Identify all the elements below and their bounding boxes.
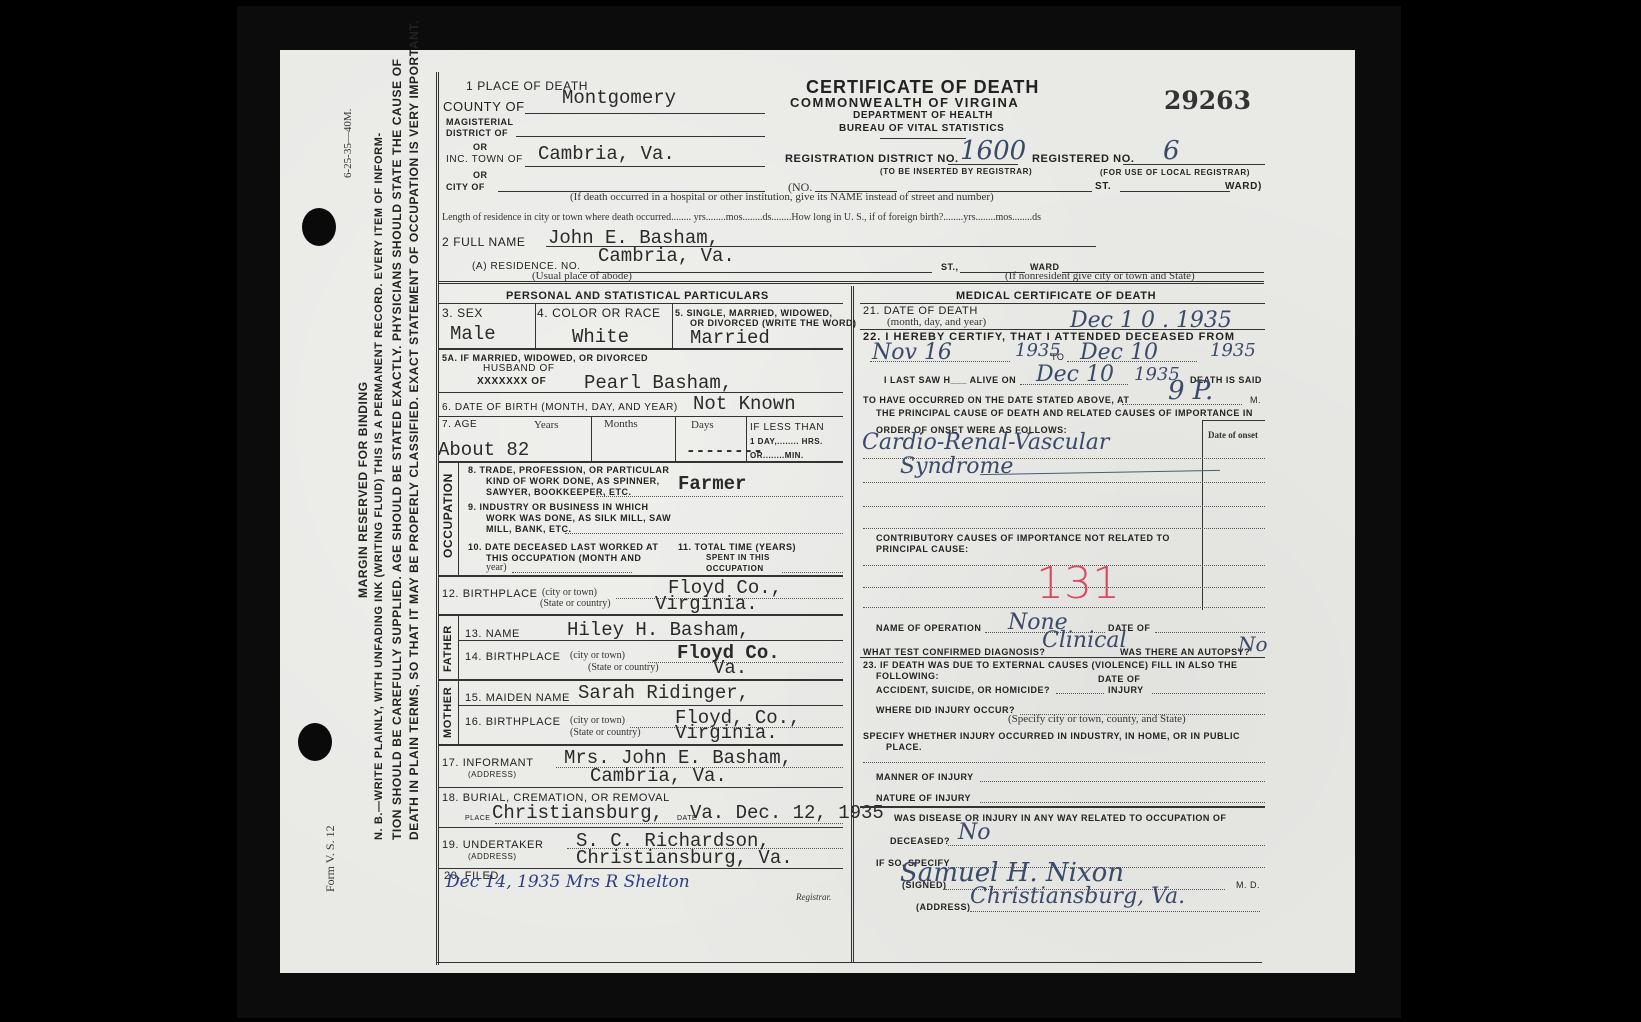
marital-label-1: 5. SINGLE, MARRIED, WIDOWED, — [675, 308, 833, 318]
row-rule-9 — [438, 787, 843, 788]
district-label: DISTRICT OF — [446, 128, 508, 138]
time-value: 9 P. — [1168, 376, 1213, 406]
totaltime-line — [782, 572, 843, 573]
county-line — [525, 113, 765, 114]
occupation-side-label: OCCUPATION — [441, 473, 455, 558]
sex-value: Male — [450, 323, 496, 345]
sex-label: 3. SEX — [442, 306, 483, 320]
father-name-line — [458, 640, 843, 641]
last-saw-label: I LAST SAW H___ ALIVE ON — [884, 375, 1016, 385]
race-value: White — [572, 326, 629, 348]
mother-bp-state-note: (State or country) — [570, 727, 641, 738]
occurred-label: TO HAVE OCCURRED ON THE DATE STATED ABOV… — [863, 395, 1129, 405]
industry-label-3: MILL, BANK, ETC. — [486, 524, 572, 534]
accident-label: ACCIDENT, SUICIDE, OR HOMICIDE? — [876, 685, 1050, 695]
margin-note: MARGIN RESERVED FOR BINDING — [356, 381, 370, 598]
date-of-death-note: (month, day, and year) — [887, 316, 986, 328]
father-bp-city-note: (city or town) — [570, 650, 625, 661]
row-rule-1 — [438, 348, 843, 350]
md-label: M. D. — [1236, 880, 1260, 890]
trade-label-1: 8. TRADE, PROFESSION, OR PARTICULAR — [468, 465, 669, 475]
onset-divider — [1202, 420, 1203, 610]
row-rule-6 — [438, 614, 843, 616]
row-rule-4 — [438, 461, 843, 463]
dob-label: 6. DATE OF BIRTH (month, day, and year) — [442, 402, 678, 413]
father-bp-state: Va. — [713, 657, 747, 679]
cause-line-2-value: Syndrome — [900, 454, 1013, 479]
form-number: Form V. S. 12 — [323, 825, 338, 892]
header-rule — [880, 138, 966, 139]
date-onset-label: Date of onset — [1208, 430, 1258, 440]
burial-date: Va. Dec. 12, 1935 — [690, 802, 884, 824]
specify-label-1: SPECIFY WHETHER INJURY OCCURRED IN INDUS… — [863, 731, 1240, 741]
injury-line — [1152, 693, 1265, 694]
months-divider — [675, 417, 676, 461]
registrar-label: Registrar. — [796, 892, 831, 902]
section-divider — [438, 281, 1264, 284]
district-line — [516, 136, 765, 137]
father-divider — [458, 616, 459, 679]
undertaker-address: Christiansburg, Va. — [576, 847, 793, 869]
city-label: CITY OF — [446, 182, 485, 192]
totaltime-label-2: SPENT IN THIS — [706, 553, 770, 562]
county-value: Montgomery — [562, 87, 676, 109]
death-certificate: 6-25-35—40M. Form V. S. 12 MARGIN RESERV… — [280, 50, 1355, 973]
birthplace-city-note: (city or town) — [542, 587, 597, 598]
lastworked-label-1: 10. DATE DECEASED LAST WORKED AT — [468, 542, 658, 552]
operation-label: NAME OF OPERATION — [876, 623, 981, 633]
accident-line — [1056, 693, 1104, 694]
medical-row-1 — [860, 329, 1265, 330]
row-rule-7 — [438, 679, 843, 681]
town-line — [525, 166, 765, 167]
hospital-note: (If death occurred in a hospital or othe… — [570, 191, 994, 203]
informant-address-label: (ADDRESS) — [468, 770, 517, 779]
row-rule-11 — [438, 868, 843, 869]
birthplace-label: 12. BIRTHPLACE — [442, 588, 538, 600]
father-bp-label: 14. BIRTHPLACE — [465, 651, 561, 663]
instructions-line-3: DEATH IN PLAIN TERMS, SO THAT IT MAY BE … — [407, 20, 421, 840]
column-divider — [851, 286, 854, 962]
industry-label-2: WORK WAS DONE, AS SILK MILL, SAW — [486, 513, 671, 523]
days-label: Days — [691, 419, 714, 431]
to-label: TO — [1051, 352, 1064, 362]
father-name-label: 13. NAME — [465, 628, 520, 640]
less-than-1: IF LESS THAN — [750, 422, 824, 433]
father-side-label: FATHER — [442, 625, 454, 672]
external-label-1: 23. IF DEATH WAS DUE TO EXTERNAL CAUSES … — [863, 660, 1238, 670]
totaltime-label-3: OCCUPATION — [706, 564, 764, 573]
nature-line — [980, 802, 1265, 803]
last-saw-value: Dec 10 — [1036, 362, 1114, 387]
left-border — [436, 72, 439, 965]
deceased-label: DECEASED? — [890, 836, 950, 846]
occupation-divider — [458, 463, 459, 575]
totaltime-label-1: 11. TOTAL TIME (YEARS) — [678, 542, 796, 552]
m-label: M. — [1250, 395, 1261, 405]
months-label: Months — [604, 418, 638, 430]
deceased-value: No — [958, 820, 991, 845]
cause-line-4 — [863, 528, 1265, 529]
where-note: (Specify city or town, county, and State… — [1008, 713, 1186, 725]
attended-from: Nov 16 — [872, 340, 952, 365]
red-coding-mark: 131 — [1036, 558, 1120, 609]
mother-bp-label: 16. BIRTHPLACE — [465, 716, 561, 728]
physician-address-line — [970, 911, 1260, 912]
dob-value: Not Known — [693, 393, 796, 415]
registered-no-line — [1123, 164, 1265, 165]
full-name-label: 2 FULL NAME — [442, 235, 526, 249]
birthplace-state-note: (State or country) — [540, 598, 611, 609]
specify-line — [863, 762, 1265, 763]
deceased-line — [948, 845, 1265, 846]
manner-label: MANNER OF INJURY — [876, 772, 974, 782]
age-label: 7. AGE — [442, 419, 477, 430]
or-2: OR — [473, 170, 488, 180]
where-label: WHERE DID INJURY OCCUR? — [876, 705, 1015, 715]
cause-underline-stroke — [980, 470, 1220, 475]
physician-address-value: Christiansburg, Va. — [970, 884, 1185, 909]
race-divider — [672, 304, 673, 348]
marital-value: Married — [690, 327, 770, 349]
spouse-label-3: XXXXXXX OF — [477, 376, 546, 387]
residence-value: Cambria, Va. — [598, 245, 735, 267]
medical-row-occ — [860, 806, 1265, 808]
punch-hole-top — [302, 208, 336, 246]
personal-rule — [438, 303, 843, 304]
occupation-related-label: WAS DISEASE OR INJURY IN ANY WAY RELATED… — [894, 813, 1226, 823]
industry-label-1: 9. INDUSTRY OR BUSINESS IN WHICH — [468, 502, 649, 512]
injury-label: INJURY — [1108, 685, 1144, 695]
lastworked-line — [512, 572, 632, 573]
medical-rule — [860, 303, 1265, 304]
certificate-number: 29263 — [1164, 86, 1251, 115]
informant-address: Cambria, Va. — [590, 765, 727, 787]
print-code: 6-25-35—40M. — [342, 109, 354, 178]
undertaker-label: 19. UNDERTAKER — [442, 839, 544, 851]
spouse-value: Pearl Basham, — [584, 372, 732, 394]
burial-place-label: PLACE — [465, 815, 490, 822]
specify-label-2: PLACE. — [886, 742, 922, 752]
town-label: INC. TOWN OF — [446, 154, 523, 165]
registered-no-label: REGISTERED NO. — [1032, 153, 1135, 165]
or-1: OR — [473, 142, 488, 152]
mother-name-value: Sarah Ridinger, — [578, 682, 749, 704]
cause-line-1-value: Cardio-Renal-Vascular — [862, 430, 1109, 455]
mother-bp-state: Virginia. — [675, 722, 778, 744]
ward-line — [1120, 191, 1230, 192]
certificate-subtitle: COMMONWEALTH OF VIRGINA — [790, 95, 1019, 110]
instructions-line-2: TION SHOULD BE CAREFULLY SUPPLIED. AGE S… — [390, 58, 404, 840]
st-label: ST. — [1095, 181, 1111, 192]
row-rule-8 — [438, 744, 843, 746]
ward-label: WARD) — [1225, 181, 1262, 192]
department: DEPARTMENT OF HEALTH — [853, 110, 993, 121]
reg-district-value: 1600 — [960, 136, 1026, 166]
external-label-2: FOLLOWING: — [876, 671, 939, 681]
filed-value: Dec 14, 1935 Mrs R Shelton — [446, 872, 690, 892]
st-label-2: ST., — [941, 262, 959, 272]
mother-divider — [458, 681, 459, 744]
age-days-value: -------- — [686, 442, 763, 460]
autopsy-value: No — [1238, 632, 1268, 656]
medical-row-23 — [860, 657, 1265, 658]
reg-district-label: REGISTRATION DISTRICT NO. — [785, 153, 959, 165]
sex-divider — [535, 304, 536, 348]
trade-label-2: KIND OF WORK DONE, AS SPINNER, — [486, 476, 660, 486]
row-rule-3 — [438, 416, 843, 417]
manner-line — [980, 781, 1265, 782]
age-value: About 82 — [438, 439, 529, 461]
undertaker-address-label: (ADDRESS) — [468, 852, 517, 861]
father-bp-state-note: (State or country) — [588, 662, 659, 673]
father-name-value: Hiley H. Basham, — [567, 619, 749, 641]
years-divider — [591, 417, 592, 461]
contributory-label-1: CONTRIBUTORY CAUSES OF IMPORTANCE NOT RE… — [876, 533, 1170, 543]
cause-line-2 — [863, 482, 1265, 483]
residence-line — [580, 272, 932, 273]
row-rule-10 — [438, 827, 843, 828]
bureau: BUREAU OF VITAL STATISTICS — [839, 123, 1004, 134]
race-label: 4. COLOR OR RACE — [537, 306, 661, 320]
lastworked-label-2: THIS OCCUPATION (month and — [486, 553, 641, 563]
personal-section-title: PERSONAL AND STATISTICAL PARTICULARS — [506, 290, 769, 302]
bottom-border — [436, 962, 1262, 963]
trade-line — [596, 496, 843, 497]
punch-hole-bottom — [298, 723, 332, 761]
burial-place: Christiansburg, — [492, 802, 663, 824]
date-of-injury-label: DATE OF — [1098, 674, 1140, 684]
industry-line — [565, 533, 843, 534]
informant-label: 17. INFORMANT — [442, 757, 534, 769]
spouse-label-1: 5A. IF MARRIED, WIDOWED, OR DIVORCED — [442, 353, 648, 363]
test-value: Clinical — [1042, 628, 1127, 653]
registered-no-note: (FOR USE OF LOCAL REGISTRAR) — [1100, 168, 1250, 177]
magisterial-label: MAGISTERIAL — [446, 117, 514, 127]
years-label: Years — [534, 419, 559, 431]
residence-length: Length of residence in city or town wher… — [442, 212, 1041, 223]
trade-value: Farmer — [678, 473, 746, 495]
cause-line-3 — [863, 506, 1265, 507]
reg-district-note: (TO BE INSERTED BY REGISTRAR) — [880, 167, 1032, 176]
test-label: WHAT TEST CONFIRMED DIAGNOSIS? — [863, 647, 1045, 657]
cause-label-1: THE PRINCIPAL CAUSE OF DEATH AND RELATED… — [876, 408, 1253, 418]
row-rule-5 — [438, 575, 843, 577]
lastworked-label-3: year) — [486, 562, 507, 573]
mother-name-label: 15. MAIDEN NAME — [465, 692, 570, 704]
autopsy-label: WAS THERE AN AUTOPSY? — [1120, 647, 1250, 657]
mother-bp-city-note: (city or town) — [570, 715, 625, 726]
medical-section-title: MEDICAL CERTIFICATE OF DEATH — [956, 290, 1156, 302]
town-value: Cambria, Va. — [538, 143, 675, 165]
physician-address-label: (ADDRESS) — [916, 902, 971, 912]
registered-no-value: 6 — [1163, 136, 1180, 166]
instructions-line-1: N. B.—WRITE PLAINLY, WITH UNFADING INK (… — [373, 132, 385, 840]
mother-side-label: MOTHER — [442, 687, 454, 738]
nature-label: NATURE OF INJURY — [876, 793, 971, 803]
contributory-label-2: PRINCIPAL CAUSE: — [876, 544, 969, 554]
birthplace-state: Virginia. — [655, 593, 758, 615]
attended-to-year: 1935 — [1210, 340, 1256, 361]
spouse-label-2: HUSBAND OF — [483, 363, 555, 374]
onset-top — [1202, 420, 1265, 421]
mother-name-line — [458, 705, 843, 706]
county-label: COUNTY OF — [443, 99, 525, 114]
